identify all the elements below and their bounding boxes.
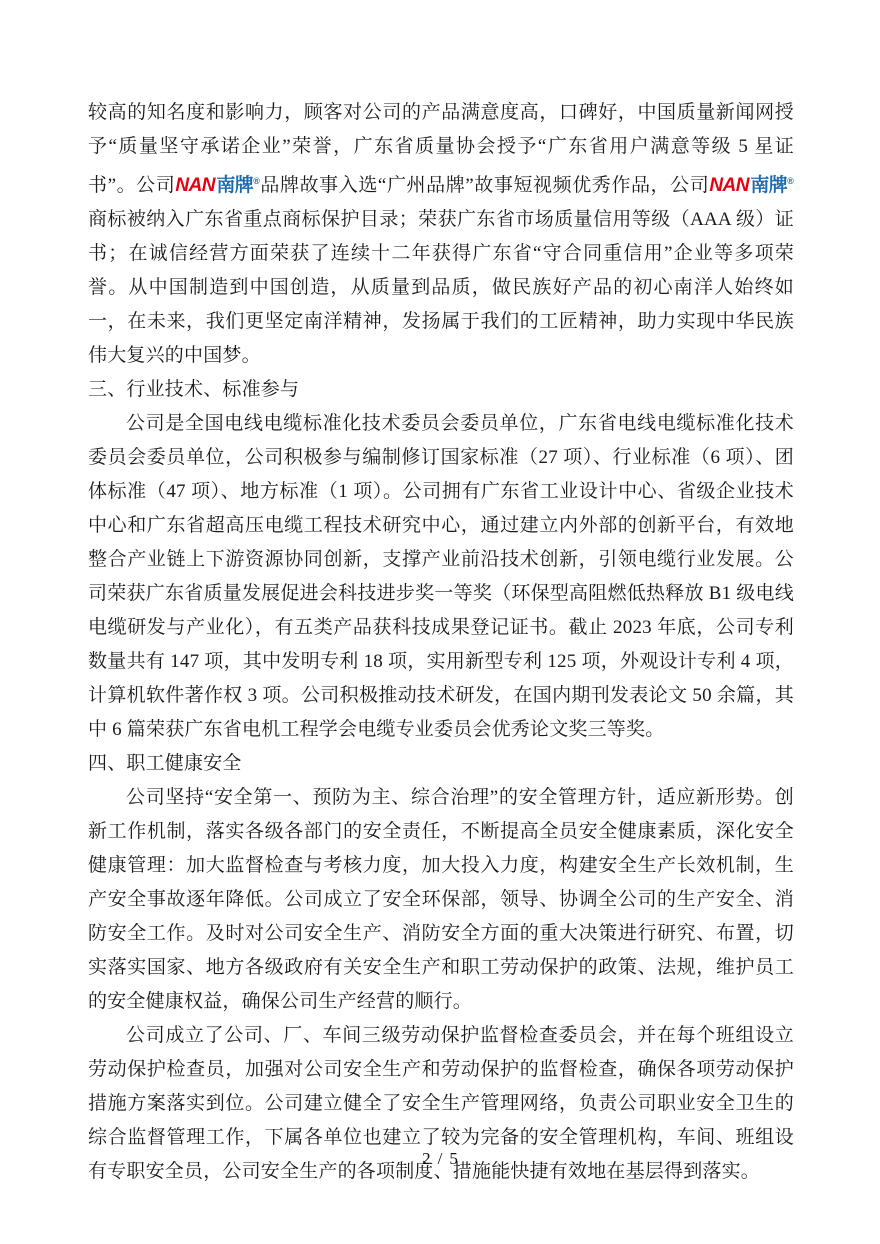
nan-logo-text: NAN (709, 175, 750, 196)
nan-logo-brand-text: 南牌 (216, 175, 253, 196)
paragraph-standards-participation: 公司是全国电线电缆标准化技术委员会委员单位，广东省电线电缆标准化技术委员会委员单… (88, 407, 794, 747)
total-page-count: 5 (449, 1149, 458, 1168)
nan-brand-logo: NAN南牌® (709, 175, 794, 196)
registered-trademark-icon: ® (787, 176, 794, 186)
text-segment: 商标被纳入广东省重点商标保护目录；荣获广东省市场质量信用等级（AAA 级）证书；… (88, 209, 794, 366)
page-number-separator: / (438, 1149, 443, 1168)
page-number: 2/5 (0, 1149, 880, 1169)
section-heading-industry-standards: 三、行业技术、标准参与 (88, 373, 794, 407)
text-segment: 品牌故事入选“广州品牌”故事短视频优秀作品，公司 (260, 175, 709, 196)
paragraph-safety-management: 公司坚持“安全第一、预防为主、综合治理”的安全管理方针，适应新形势。创新工作机制… (88, 781, 794, 1019)
nan-logo-text: NAN (175, 175, 216, 196)
paragraph-brand-honors: 较高的知名度和影响力，顾客对公司的产品满意度高，口碑好，中国质量新闻网授予“质量… (88, 96, 794, 373)
current-page-number: 2 (422, 1149, 431, 1168)
nan-logo-brand-text: 南牌 (750, 175, 787, 196)
registered-trademark-icon: ® (253, 176, 260, 186)
section-heading-employee-health-safety: 四、职工健康安全 (88, 747, 794, 781)
nan-brand-logo: NAN南牌® (175, 175, 260, 196)
document-body: 较高的知名度和影响力，顾客对公司的产品满意度高，口碑好，中国质量新闻网授予“质量… (88, 96, 794, 1189)
